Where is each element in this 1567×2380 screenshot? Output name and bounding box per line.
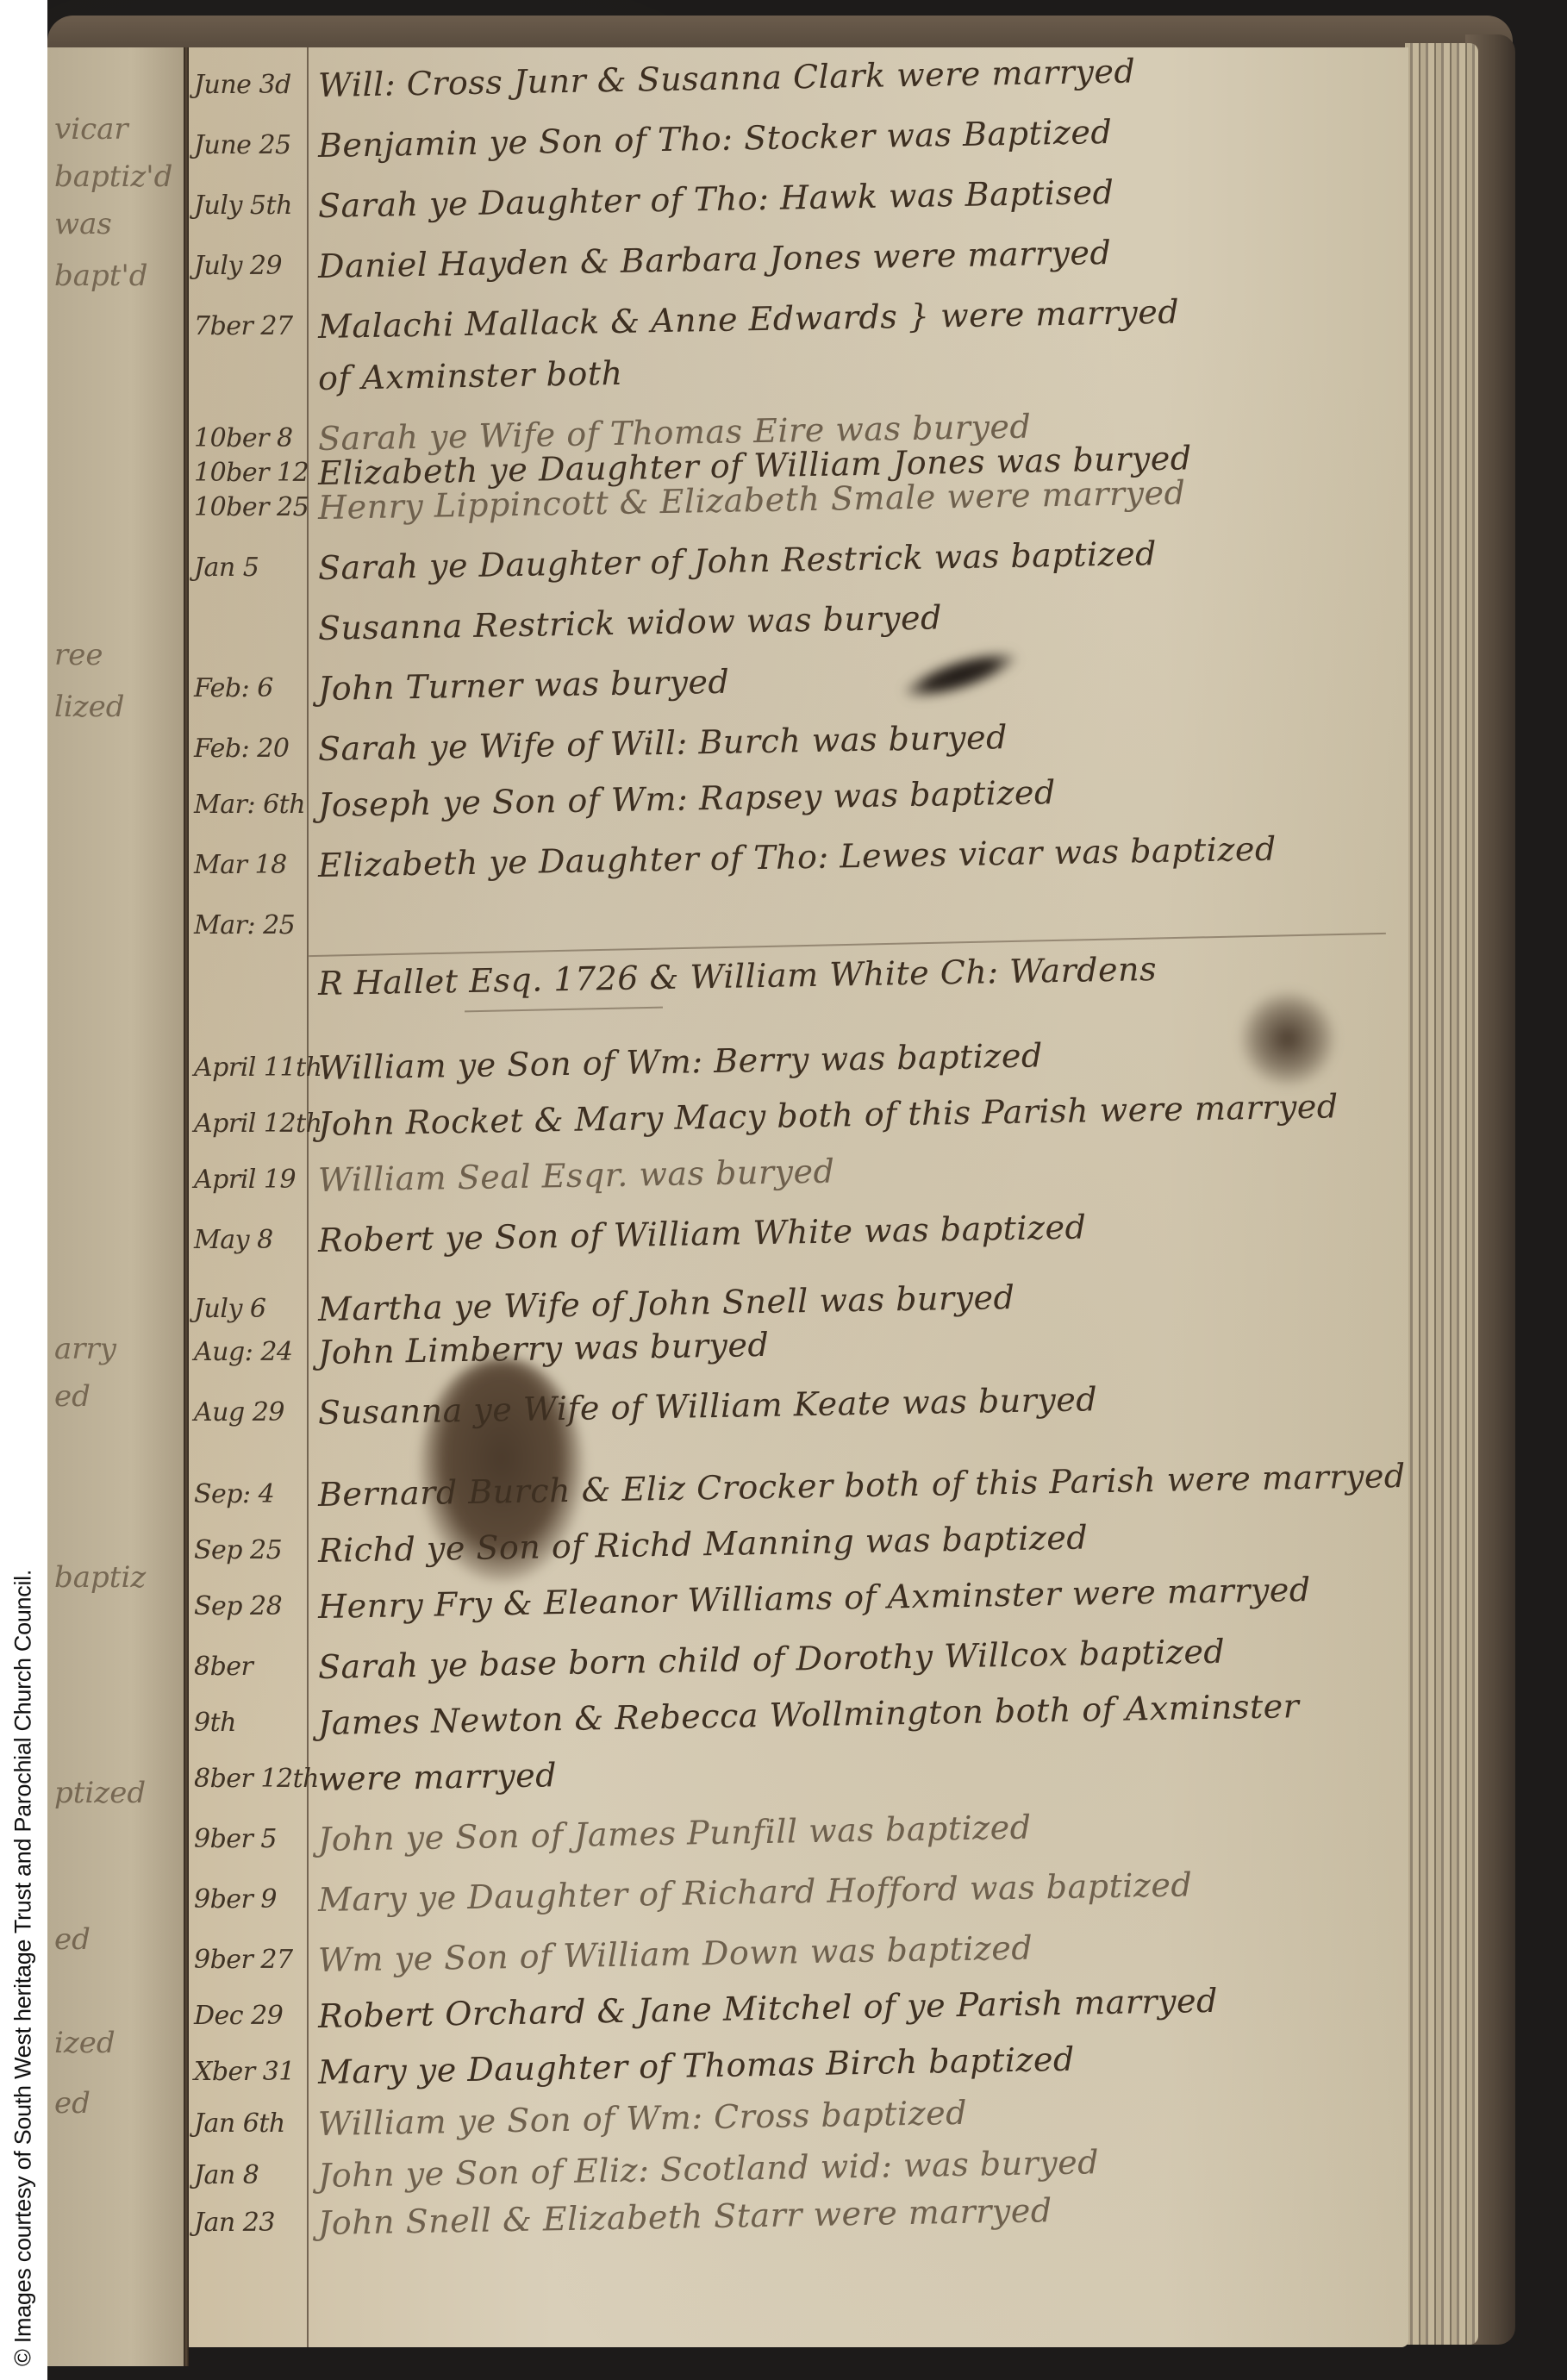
- left-page-fragment: arry: [54, 1332, 116, 1366]
- year-header: R Hallet Esq. 1726 & William White Ch: W…: [189, 963, 1408, 1023]
- entry-date: 9ber 27: [194, 1945, 306, 1975]
- entry-date: Mar: 25: [194, 910, 306, 940]
- entry-date: 9th: [194, 1708, 306, 1738]
- register-entry: Jan 23John Snell & Elizabeth Starr were …: [189, 2202, 1408, 2263]
- left-page-fragment: ized: [54, 2026, 115, 2060]
- entry-date: Mar 18: [194, 850, 306, 880]
- entry-date: Feb: 6: [194, 673, 306, 703]
- left-page-fragment: vicar: [54, 112, 128, 147]
- entry-date: Aug: 24: [194, 1337, 306, 1367]
- entry-date: Sep 25: [194, 1535, 306, 1565]
- entry-date: Jan 6th: [194, 2108, 306, 2139]
- entry-date: July 6: [194, 1294, 306, 1324]
- entry-date: Jan 5: [194, 553, 306, 583]
- entry-date: 10ber 25: [194, 492, 306, 522]
- entry-date: 7ber 27: [194, 311, 306, 341]
- entry-date: Dec 29: [194, 2001, 306, 2031]
- left-page-fragment: was: [54, 207, 112, 241]
- register-entry: Aug 29Susanna ye Wife of William Keate w…: [189, 1392, 1408, 1452]
- entry-date: Sep 28: [194, 1591, 306, 1621]
- entry-date: Sep: 4: [194, 1479, 306, 1509]
- entry-date: April 12th: [194, 1109, 306, 1139]
- entry-date: Mar: 6th: [194, 790, 306, 820]
- register-page: R Hallet Esq. 1726 & William White Ch: W…: [189, 47, 1408, 2347]
- entry-date: June 3d: [194, 70, 306, 100]
- left-page: vicarbaptiz'dwasbapt'dreelizedarryedbapt…: [47, 47, 187, 2366]
- left-page-fragment: bapt'd: [54, 259, 148, 293]
- entry-date: Jan 23: [194, 2208, 306, 2238]
- left-page-fragment: ed: [54, 2086, 91, 2121]
- left-page-fragment: baptiz: [54, 1560, 146, 1595]
- left-page-fragment: ptized: [54, 1776, 146, 1810]
- left-page-fragment: ree: [54, 638, 103, 672]
- entry-date: July 29: [194, 251, 306, 281]
- register-entry: Mar: 25: [189, 905, 1408, 965]
- credit-strip: © Images courtesy of South West heritage…: [0, 0, 47, 2380]
- left-page-fragment: lized: [54, 690, 125, 724]
- entry-date: 8ber 12th: [194, 1764, 306, 1794]
- entry-date: Aug 29: [194, 1397, 306, 1427]
- entry-date: July 5th: [194, 191, 306, 221]
- entry-date: 9ber 5: [194, 1824, 306, 1854]
- entry-date: 9ber 9: [194, 1884, 306, 1915]
- entry-date: May 8: [194, 1225, 306, 1255]
- register-entry: Mar 18Elizabeth ye Daughter of Tho: Lewe…: [189, 845, 1408, 905]
- entry-date: 8ber: [194, 1652, 306, 1682]
- left-page-fragment: ed: [54, 1922, 91, 1957]
- left-page-fragment: baptiz'd: [54, 159, 172, 194]
- entry-date: 10ber 12: [194, 458, 306, 488]
- entry-date: April 19: [194, 1165, 306, 1195]
- entry-date: Jan 8: [194, 2160, 306, 2190]
- entry-text: Will: Cross Junr & Susanna Clark were ma…: [318, 47, 1396, 104]
- copyright-notice: © Images courtesy of South West heritage…: [10, 1570, 37, 2366]
- entry-date: Xber 31: [194, 2057, 306, 2087]
- entry-text: William ye Son of Wm: Berry was baptized: [318, 1030, 1396, 1087]
- left-page-fragment: ed: [54, 1379, 91, 1414]
- register-entry: May 8Robert ye Son of William White was …: [189, 1220, 1408, 1280]
- entry-date: Feb: 20: [194, 734, 306, 764]
- entry-date: April 11th: [194, 1053, 306, 1083]
- page-edges: [1405, 43, 1478, 2345]
- entry-date: June 25: [194, 130, 306, 160]
- entry-date: 10ber 8: [194, 423, 306, 453]
